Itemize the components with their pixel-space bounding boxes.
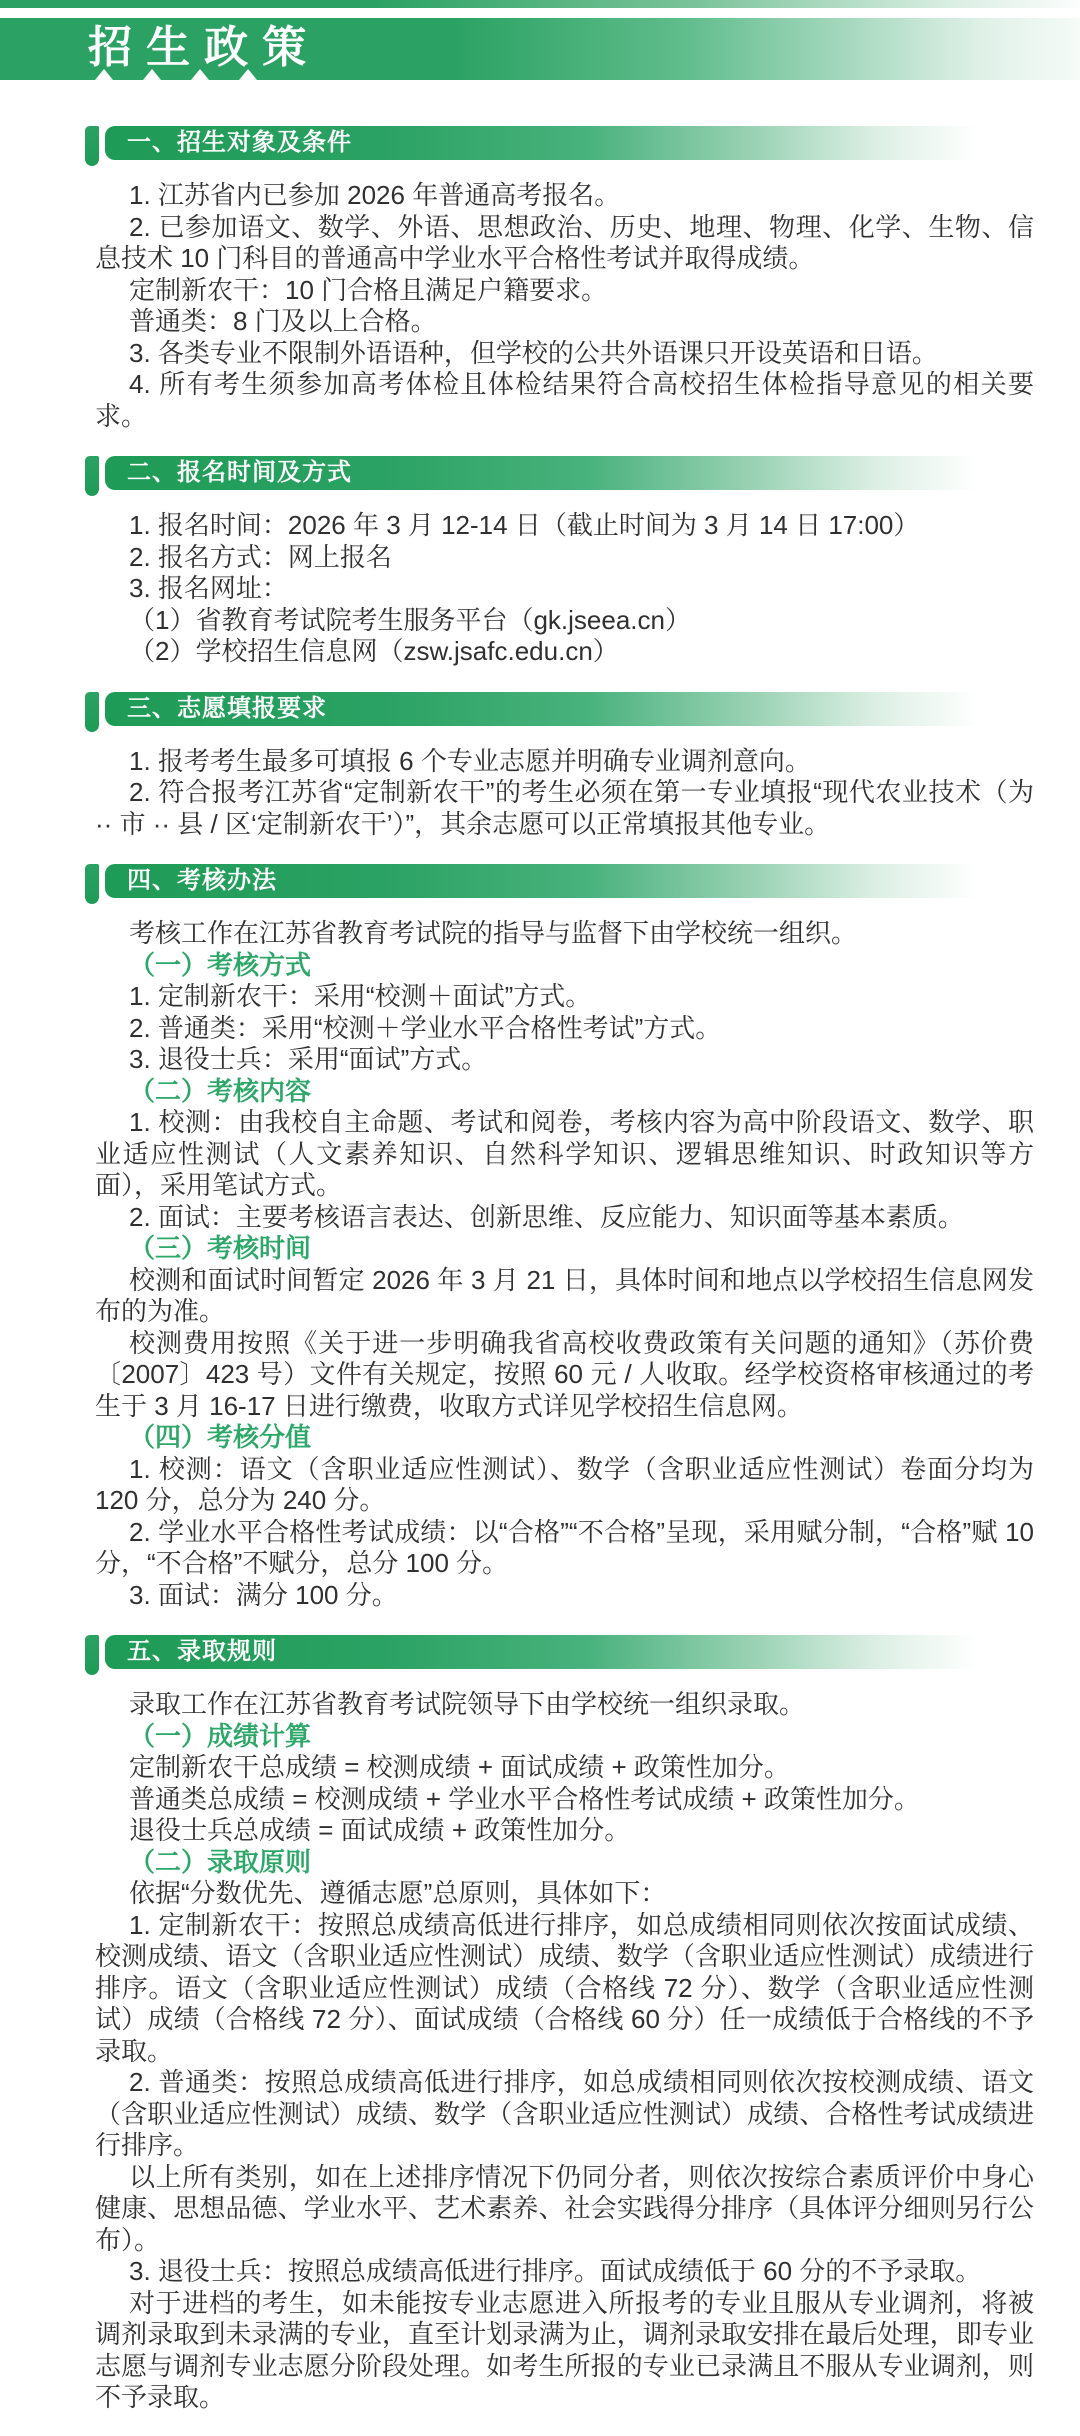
section-body: 考核工作在江苏省教育考试院的指导与监督下由学校统一组织。（一）考核方式1. 定制… (95, 918, 1034, 1611)
section-heading-bar: 二、报名时间及方式 (85, 456, 1034, 496)
paragraph: 1. 定制新农干：按照总成绩高低进行排序，如总成绩相同则依次按面试成绩、校测成绩… (95, 1910, 1034, 2068)
paragraph: 录取工作在江苏省教育考试院领导下由学校统一组织录取。 (95, 1689, 1034, 1721)
paragraph: 对于进档的考生，如未能按专业志愿进入所报考的专业且服从专业调剂，将被调剂录取到未… (95, 2288, 1034, 2414)
leaf-icon (85, 456, 99, 496)
paragraph: （2）学校招生信息网（zsw.jsafc.edu.cn） (95, 636, 1034, 668)
section-heading-text: 二、报名时间及方式 (105, 456, 352, 490)
page: 招生政策 一、招生对象及条件 1. 江苏省内已参加 2026 年普通高考报名。2… (0, 0, 1080, 2436)
section-body: 1. 报名时间：2026 年 3 月 12-14 日（截止时间为 3 月 14 … (95, 510, 1034, 668)
paragraph: 2. 学业水平合格性考试成绩：以“合格”“不合格”呈现，采用赋分制，“合格”赋 … (95, 1517, 1034, 1580)
paragraph: 1. 报名时间：2026 年 3 月 12-14 日（截止时间为 3 月 14 … (95, 510, 1034, 542)
paragraph: 2. 普通类：采用“校测＋学业水平合格性考试”方式。 (95, 1013, 1034, 1045)
section-heading-gradient-bar: 一、招生对象及条件 (105, 126, 1034, 160)
section-heading-bar: 四、考核办法 (85, 864, 1034, 904)
green-subheading: （二）考核内容 (95, 1076, 1034, 1108)
paragraph: 3. 退役士兵：按照总成绩高低进行排序。面试成绩低于 60 分的不予录取。 (95, 2256, 1034, 2288)
section-heading-text: 三、志愿填报要求 (105, 692, 327, 726)
paragraph: 2. 面试：主要考核语言表达、创新思维、反应能力、知识面等基本素质。 (95, 1202, 1034, 1234)
policy-section: 二、报名时间及方式 1. 报名时间：2026 年 3 月 12-14 日（截止时… (95, 456, 1034, 668)
leaf-icon (85, 692, 99, 732)
green-subheading: （二）录取原则 (95, 1847, 1034, 1879)
paragraph: 依据“分数优先、遵循志愿”总原则，具体如下： (95, 1878, 1034, 1910)
paragraph: 2. 普通类：按照总成绩高低进行排序，如总成绩相同则依次按校测成绩、语文（含职业… (95, 2067, 1034, 2162)
green-subheading: （一）考核方式 (95, 950, 1034, 982)
section-heading-text: 四、考核办法 (105, 864, 277, 898)
green-subheading: （四）考核分值 (95, 1422, 1034, 1454)
policy-section: 一、招生对象及条件 1. 江苏省内已参加 2026 年普通高考报名。2. 已参加… (95, 126, 1034, 432)
content: 一、招生对象及条件 1. 江苏省内已参加 2026 年普通高考报名。2. 已参加… (0, 126, 1080, 2436)
leaf-icon (85, 864, 99, 904)
paragraph: 以上所有类别，如在上述排序情况下仍同分者，则依次按综合素质评价中身心健康、思想品… (95, 2162, 1034, 2257)
section-heading-text: 五、录取规则 (105, 1635, 277, 1669)
paragraph: 1. 校测：语文（含职业适应性测试）、数学（含职业适应性测试）卷面分均为 120… (95, 1454, 1034, 1517)
paragraph: 普通类总成绩 = 校测成绩 + 学业水平合格性考试成绩 + 政策性加分。 (95, 1784, 1034, 1816)
section-heading-bar: 一、招生对象及条件 (85, 126, 1034, 166)
section-heading-bar: 五、录取规则 (85, 1635, 1034, 1675)
paragraph: 3. 报名网址： (95, 573, 1034, 605)
paragraph: 1. 江苏省内已参加 2026 年普通高考报名。 (95, 180, 1034, 212)
section-heading-gradient-bar: 五、录取规则 (105, 1635, 1034, 1669)
policy-section: 五、录取规则 录取工作在江苏省教育考试院领导下由学校统一组织录取。（一）成绩计算… (95, 1635, 1034, 2414)
paragraph: 4. 所有考生须参加高考体检且体检结果符合高校招生体检指导意见的相关要求。 (95, 369, 1034, 432)
section-heading-gradient-bar: 四、考核办法 (105, 864, 1034, 898)
paragraph: 普通类：8 门及以上合格。 (95, 306, 1034, 338)
paragraph: 考核工作在江苏省教育考试院的指导与监督下由学校统一组织。 (95, 918, 1034, 950)
policy-section: 四、考核办法 考核工作在江苏省教育考试院的指导与监督下由学校统一组织。（一）考核… (95, 864, 1034, 1611)
section-heading-gradient-bar: 二、报名时间及方式 (105, 456, 1034, 490)
page-title: 招生政策 (0, 18, 1080, 78)
paragraph: 1. 校测：由我校自主命题、考试和阅卷，考核内容为高中阶段语文、数学、职业适应性… (95, 1107, 1034, 1202)
paragraph: 2. 已参加语文、数学、外语、思想政治、历史、地理、物理、化学、生物、信息技术 … (95, 212, 1034, 275)
policy-section: 三、志愿填报要求 1. 报考考生最多可填报 6 个专业志愿并明确专业调剂意向。2… (95, 692, 1034, 841)
green-subheading: （一）成绩计算 (95, 1721, 1034, 1753)
top-accent-strip (0, 0, 1080, 8)
paragraph: （1）省教育考试院考生服务平台（gk.jseea.cn） (95, 605, 1034, 637)
paragraph: 2. 报名方式：网上报名 (95, 542, 1034, 574)
paragraph: 校测费用按照《关于进一步明确我省高校收费政策有关问题的通知》（苏价费〔2007〕… (95, 1328, 1034, 1423)
green-subheading: （三）考核时间 (95, 1233, 1034, 1265)
paragraph: 3. 面试：满分 100 分。 (95, 1580, 1034, 1612)
paragraph: 3. 退役士兵：采用“面试”方式。 (95, 1044, 1034, 1076)
paragraph: 定制新农干总成绩 = 校测成绩 + 面试成绩 + 政策性加分。 (95, 1752, 1034, 1784)
paragraph: 3. 各类专业不限制外语语种，但学校的公共外语课只开设英语和日语。 (95, 338, 1034, 370)
paragraph: 校测和面试时间暂定 2026 年 3 月 21 日，具体时间和地点以学校招生信息… (95, 1265, 1034, 1328)
paragraph: 1. 报考考生最多可填报 6 个专业志愿并明确专业调剂意向。 (95, 746, 1034, 778)
section-heading-gradient-bar: 三、志愿填报要求 (105, 692, 1034, 726)
leaf-icon (85, 126, 99, 166)
paragraph: 退役士兵总成绩 = 面试成绩 + 政策性加分。 (95, 1815, 1034, 1847)
paragraph: 2. 符合报考江苏省“定制新农干”的考生必须在第一专业填报“现代农业技术（为 ·… (95, 777, 1034, 840)
section-body: 1. 江苏省内已参加 2026 年普通高考报名。2. 已参加语文、数学、外语、思… (95, 180, 1034, 432)
paragraph: 1. 定制新农干：采用“校测＋面试”方式。 (95, 981, 1034, 1013)
paragraph: 定制新农干：10 门合格且满足户籍要求。 (95, 275, 1034, 307)
section-heading-bar: 三、志愿填报要求 (85, 692, 1034, 732)
section-body: 录取工作在江苏省教育考试院领导下由学校统一组织录取。（一）成绩计算定制新农干总成… (95, 1689, 1034, 2414)
page-header-banner: 招生政策 (0, 18, 1080, 80)
section-heading-text: 一、招生对象及条件 (105, 126, 352, 160)
section-body: 1. 报考考生最多可填报 6 个专业志愿并明确专业调剂意向。2. 符合报考江苏省… (95, 746, 1034, 841)
leaf-icon (85, 1635, 99, 1675)
